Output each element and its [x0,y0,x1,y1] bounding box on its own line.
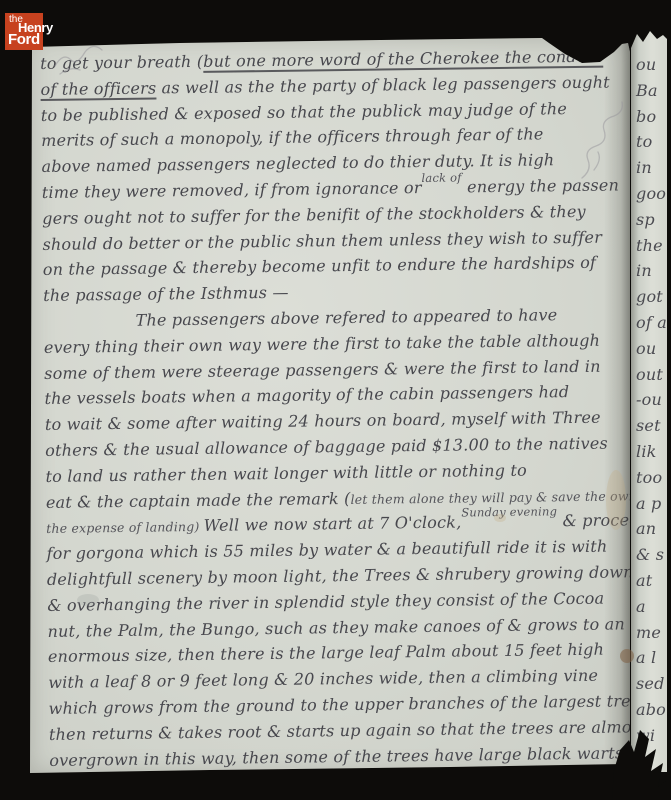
line-text: merits of such a monopoly, if the office… [41,125,544,151]
page-fragment: & s [636,542,667,568]
line-text: which grows from the ground to the upper… [48,691,648,718]
inserted-above-text: lack of [421,165,462,191]
page-fragment: a p [636,491,667,517]
line-text: nut, the Palm, the Bungo, such as they m… [47,614,625,641]
page-fragment: at [636,568,667,594]
page-fragment: wi [636,723,667,749]
line-text: for gorgona which is 55 miles by water &… [46,537,607,563]
page-fragment: lik [636,439,667,465]
line-text: to be published & exposed so that the pu… [41,99,567,125]
line-text: others & the usual allowance of baggage … [45,434,608,460]
line-text: eat & the captain made the remark ( [46,489,351,512]
adjacent-page-edge: ou Ba bo to in goo sp the in got of a ou… [631,26,667,772]
line-text: the vessels boats when a magority of the… [44,382,569,408]
page-fragment: goo [636,181,667,207]
page-fragment: in [636,258,667,284]
line-text: Well we now start at 7 O'clock, [204,513,462,535]
page-fragment: abo [636,697,667,723]
page-fragment: -ou [636,387,667,413]
line-text: time they were removed, if from ignoranc… [42,178,422,202]
line-text: above named passengers neglected to do t… [41,150,554,176]
page-fragment: got [636,284,667,310]
page-fragment: ou [636,336,667,362]
letter-body: to get your breath (but one more word of… [40,43,637,773]
page-fragment: ou [636,52,667,78]
page-fragment: out [636,362,667,388]
line-text: to wait & some after waiting 24 hours on… [45,408,601,434]
letter-page: to get your breath (but one more word of… [30,38,630,774]
page-fragment: in [636,155,667,181]
page-fragment: the [636,233,667,259]
page-fragment: me [636,620,667,646]
scan-background: to get your breath (but one more word of… [0,0,671,800]
line-text: & overhanging the river in splendid styl… [47,588,604,614]
line-text: as well as the the party of black leg pa… [156,72,610,97]
page-fragment: an [636,516,667,542]
line-text: should do better or the public shun them… [42,227,602,253]
page-fragment: sed [636,671,667,697]
line-text: then returns & takes root & starts up ag… [49,717,647,744]
underlined-text: but one more word of the Cherokee the co… [203,47,603,71]
line-text: overgrown in this way, then some of the … [49,743,623,770]
line-text: on the passage & thereby become unfit to… [43,253,596,279]
page-fragment: set [636,413,667,439]
page-fragment: a l [636,645,667,671]
page-fragment: Ba [636,78,667,104]
page-fragment: to [636,129,667,155]
line-text: the passage of the Isthmus — [43,283,289,305]
page-fragment: too [636,465,667,491]
line-text: gers ought not to suffer for the benifit… [42,202,586,228]
adjacent-page-fragments: ou Ba bo to in goo sp the in got of a ou… [636,52,667,749]
page-fragment: of a [636,310,667,336]
underlined-text: of the officers [40,78,156,99]
logo-word-ford: Ford [8,31,40,48]
page-fragment: bo [636,104,667,130]
small-inline-text: the expense of landing) [46,519,204,536]
page-fragment: a [636,594,667,620]
line-text: some of them were steerage passengers & … [44,356,601,382]
henry-ford-logo: the Henry Ford [5,13,43,50]
page-fragment: sp [636,207,667,233]
inserted-above-text: Sunday evening [461,500,557,527]
line-text: delightfull scenery by moon light, the T… [47,562,634,589]
line-text: energy the passen [462,175,619,196]
line-text: enormous size, then there is the large l… [48,640,604,666]
line-text: to get your breath ( [40,52,203,73]
line-text: to land us rather then wait longer with … [45,460,527,485]
line-text: The passengers above refered to appeared… [135,305,557,330]
line-text: with a leaf 8 or 9 feet long & 20 inches… [48,666,598,692]
line-text: every thing their own way were the first… [44,330,600,356]
